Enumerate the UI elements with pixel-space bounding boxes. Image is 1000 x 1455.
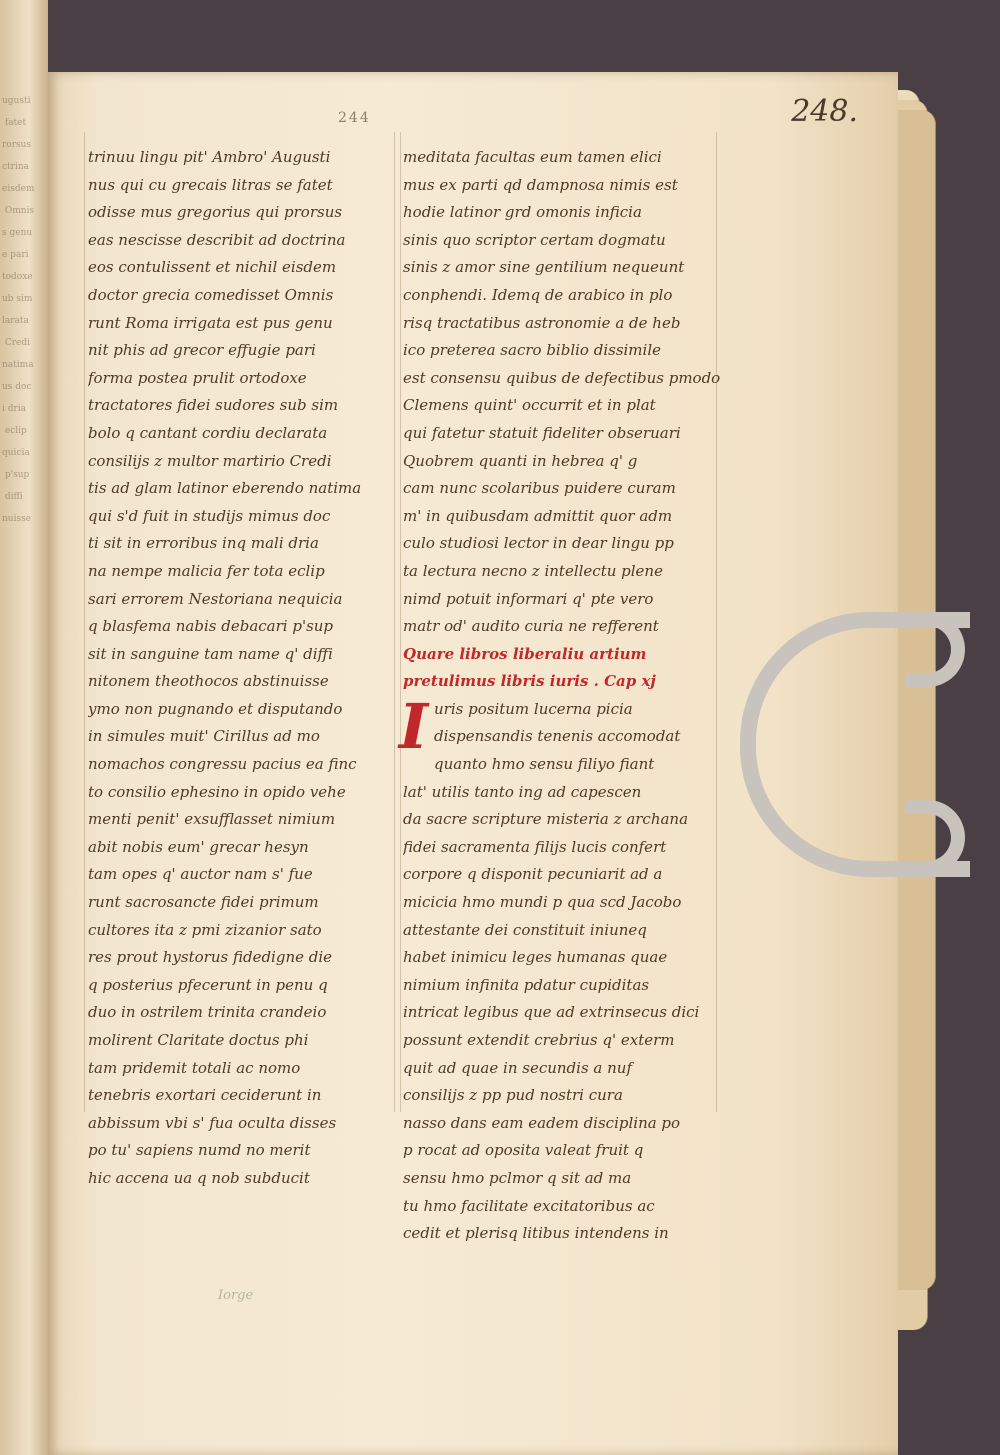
- text-line: nomachos congressu pacius ea finc: [88, 751, 388, 779]
- text-line: nimium infinita pdatur cupiditas: [403, 972, 723, 1000]
- text-line: cam nunc scolaribus puidere curam: [403, 475, 723, 503]
- text-line: sinis z amor sine gentilium nequeunt: [403, 254, 723, 282]
- text-line: Quobrem quanti in hebrea q' g: [403, 448, 723, 476]
- text-line: tu hmo facilitate excitatoribus ac: [403, 1193, 723, 1221]
- text-line: attestante dei constituit iniuneq: [403, 917, 723, 945]
- text-line: in simules muit' Cirillus ad mo: [88, 723, 388, 751]
- text-line: eos contulissent et nichil eisdem: [88, 254, 388, 282]
- text-line: tenebris exortari ceciderunt in: [88, 1082, 388, 1110]
- text-line: matr od' audito curia ne refferent: [403, 613, 723, 641]
- text-line: possunt extendit crebrius q' exterm: [403, 1027, 723, 1055]
- left-page-text: ugusti fatet rorsus ctrina eisdem Omnis …: [2, 90, 42, 530]
- text-line: p rocat ad oposita valeat fruit q: [403, 1137, 723, 1165]
- text-line: risq tractatibus astronomie a de heb: [403, 310, 723, 338]
- text-line: ico preterea sacro biblio dissimile: [403, 337, 723, 365]
- text-line: da sacre scripture misteria z archana: [403, 806, 723, 834]
- text-line: abbissum vbi s' fua oculta disses: [88, 1110, 388, 1138]
- text-line: nasso dans eam eadem disciplina po: [403, 1110, 723, 1138]
- text-line: tam opes q' auctor nam s' fue: [88, 861, 388, 889]
- rubric-heading: Quare libros liberaliu artium: [403, 641, 723, 669]
- right-text-column: meditata facultas eum tamen elicimus ex …: [403, 144, 723, 1248]
- text-line: quanto hmo sensu filiyo fiant: [434, 751, 723, 779]
- folio-number: 248.: [791, 94, 858, 129]
- text-line: micicia hmo mundi p qua scd Jacobo: [403, 889, 723, 917]
- text-line: runt Roma irrigata est pus genu: [88, 310, 388, 338]
- text-line: consilijs z multor martirio Credi: [88, 448, 388, 476]
- text-line: corpore q disponit pecuniarit ad a: [403, 861, 723, 889]
- text-line: sari errorem Nestoriana nequicia: [88, 586, 388, 614]
- text-line: ti sit in erroribus inq mali dria: [88, 530, 388, 558]
- text-line: dispensandis tenenis accomodat: [434, 723, 723, 751]
- text-line: intricat legibus que ad extrinsecus dici: [403, 999, 723, 1027]
- text-line: hodie latinor grd omonis inficia: [403, 199, 723, 227]
- text-line: conphendi. Idemq de arabico in plo: [403, 282, 723, 310]
- text-line: nimd potuit informari q' pte vero: [403, 586, 723, 614]
- text-line: eas nescisse describit ad doctrina: [88, 227, 388, 255]
- text-line: abit nobis eum' grecar hesyn: [88, 834, 388, 862]
- text-line: meditata facultas eum tamen elici: [403, 144, 723, 172]
- text-line: habet inimicu leges humanas quae: [403, 944, 723, 972]
- text-line: to consilio ephesino in opido vehe: [88, 779, 388, 807]
- text-line: est consensu quibus de defectibus pmodo: [403, 365, 723, 393]
- text-line: qui fatetur statuit fideliter obseruari: [403, 420, 723, 448]
- text-line: sinis quo scriptor certam dogmatu: [403, 227, 723, 255]
- text-line: tam pridemit totali ac nomo: [88, 1055, 388, 1083]
- rubric-heading: pretulimus libris iuris . Cap xj: [403, 668, 723, 696]
- text-line: consilijs z pp pud nostri cura: [403, 1082, 723, 1110]
- text-line: m' in quibusdam admittit quor adm: [403, 503, 723, 531]
- text-line: uris positum lucerna picia: [434, 696, 723, 724]
- text-line: cultores ita z pmi zizanior sato: [88, 917, 388, 945]
- text-line: odisse mus gregorius qui prorsus: [88, 199, 388, 227]
- text-line: nus qui cu grecais litras se fatet: [88, 172, 388, 200]
- text-line: res prout hystorus fidedigne die: [88, 944, 388, 972]
- text-line: trinuu lingu pit' Ambro' Augusti: [88, 144, 388, 172]
- text-line: sit in sanguine tam name q' diffi: [88, 641, 388, 669]
- text-line: q posterius pfecerunt in penu q: [88, 972, 388, 1000]
- text-line: po tu' sapiens numd no merit: [88, 1137, 388, 1165]
- text-line: lat' utilis tanto ing ad capescen: [403, 779, 723, 807]
- text-line: bolo q cantant cordiu declarata: [88, 420, 388, 448]
- text-line: na nempe malicia fer tota eclip: [88, 558, 388, 586]
- text-line: mus ex parti qd dampnosa nimis est: [403, 172, 723, 200]
- text-line: fidei sacramenta filijs lucis confert: [403, 834, 723, 862]
- text-line: culo studiosi lector in dear lingu pp: [403, 530, 723, 558]
- text-line: q blasfema nabis debacari p'sup: [88, 613, 388, 641]
- text-line: cedit et plerisq litibus intendens in: [403, 1220, 723, 1248]
- text-line: forma postea prulit ortodoxe: [88, 365, 388, 393]
- text-line: menti penit' exsufflasset nimium: [88, 806, 388, 834]
- text-line: qui s'd fuit in studijs mimus doc: [88, 503, 388, 531]
- text-line: tractatores fidei sudores sub sim: [88, 392, 388, 420]
- text-line: sensu hmo pclmor q sit ad ma: [403, 1165, 723, 1193]
- text-line: quit ad quae in secundis a nuf: [403, 1055, 723, 1083]
- text-line: ta lectura necno z intellectu plene: [403, 558, 723, 586]
- text-line: nit phis ad grecor effugie pari: [88, 337, 388, 365]
- pencil-number: 244: [338, 110, 371, 126]
- bottom-pencil-note: Iorge: [218, 1288, 253, 1303]
- text-line: ymo non pugnando et disputando: [88, 696, 388, 724]
- text-line: duo in ostrilem trinita crandeio: [88, 999, 388, 1027]
- red-initial: I: [399, 696, 428, 758]
- text-line: runt sacrosancte fidei primum: [88, 889, 388, 917]
- text-line: molirent Claritate doctus phi: [88, 1027, 388, 1055]
- text-line: Clemens quint' occurrit et in plat: [403, 392, 723, 420]
- text-line: hic accena ua q nob subducit: [88, 1165, 388, 1193]
- left-text-column: trinuu lingu pit' Ambro' Augustinus qui …: [88, 144, 388, 1193]
- text-line: tis ad glam latinor eberendo natima: [88, 475, 388, 503]
- text-line: doctor grecia comedisset Omnis: [88, 282, 388, 310]
- text-line: nitonem theothocos abstinuisse: [88, 668, 388, 696]
- facing-left-page: ugusti fatet rorsus ctrina eisdem Omnis …: [0, 0, 48, 1455]
